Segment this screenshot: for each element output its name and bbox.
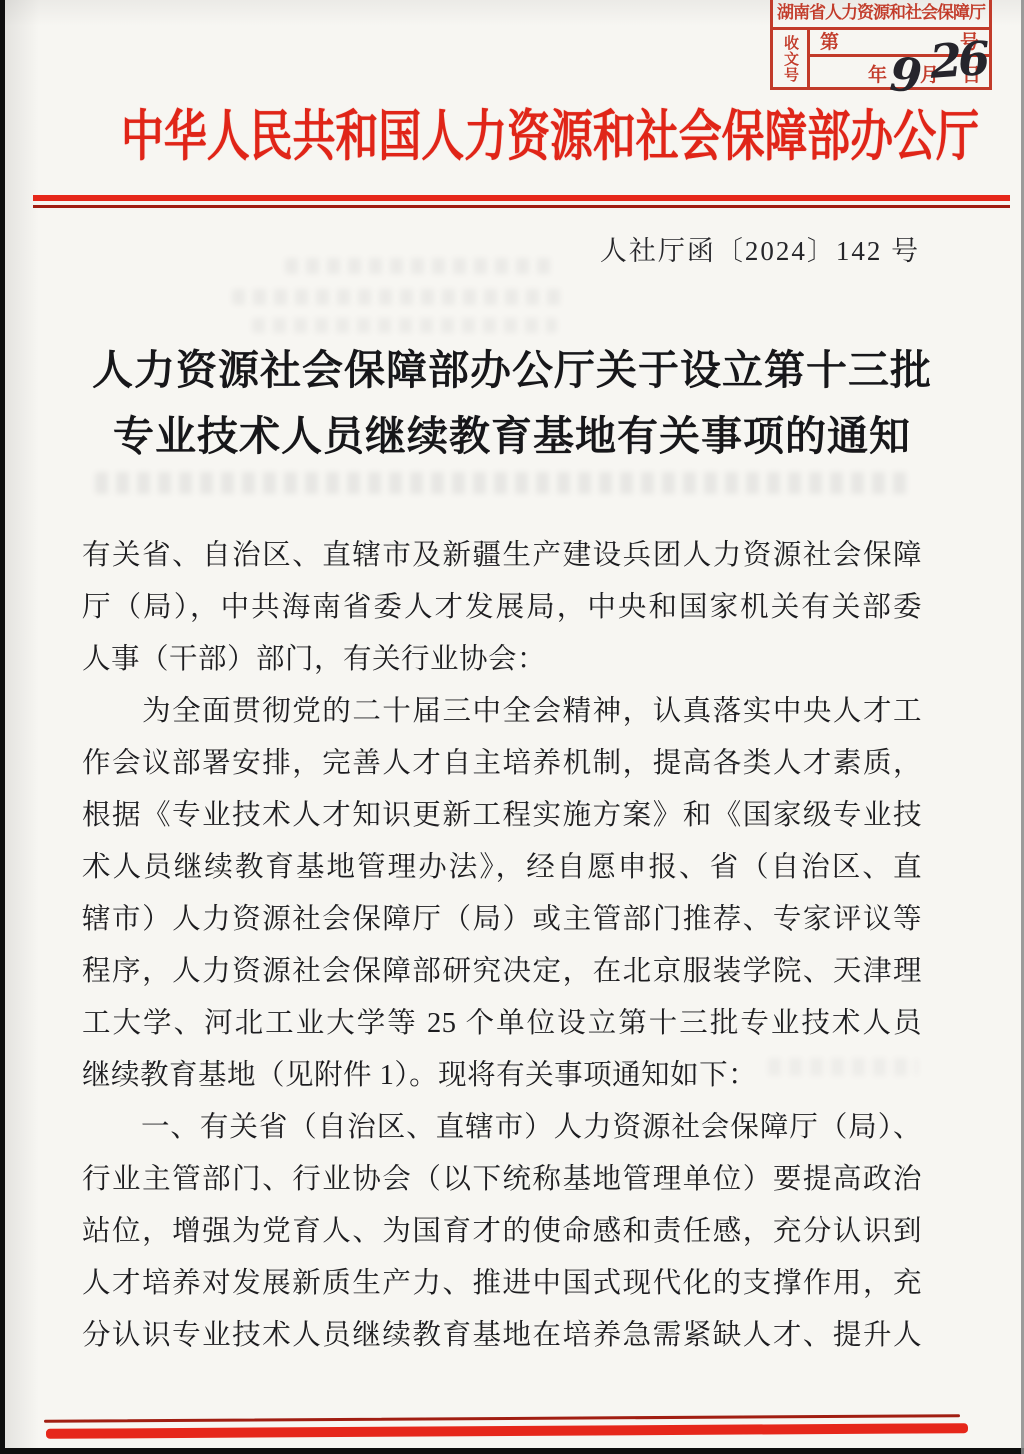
body-text-line: 为全面贯彻党的二十届三中全会精神，认真落实中央人才工	[82, 692, 922, 744]
ink-bleed-artifact	[252, 318, 557, 333]
body-text-line: 工大学、河北工业大学等 25 个单位设立第十三批专业技术人员	[82, 1004, 922, 1056]
body-text-line: 程序，人力资源社会保障部研究决定，在北京服装学院、天津理	[82, 952, 922, 1004]
body-text-line: 一、有关省（自治区、直辖市）人力资源社会保障厅（局）、	[82, 1108, 922, 1160]
notice-title-line2: 专业技术人员继续教育基地有关事项的通知	[0, 403, 1024, 462]
ink-bleed-artifact	[285, 258, 553, 274]
scan-edge-bottom	[0, 1448, 1024, 1454]
ink-bleed-artifact	[232, 289, 562, 305]
scanned-official-document-page: 湖南省人力资源和社会保障厅 收文号 第 号 年 月 日 9 26 中	[0, 0, 1024, 1454]
body-text-line: 厅（局），中共海南省委人才发展局，中央和国家机关有关部委	[82, 588, 922, 640]
body-text-line: 行业主管部门、行业协会（以下统称基地管理单位）要提高政治	[82, 1160, 922, 1212]
body-text-line: 术人员继续教育基地管理办法》，经自愿申报、省（自治区、直	[82, 848, 922, 900]
body-text-line: 站位，增强为党育人、为国育才的使命感和责任感，充分认识到	[82, 1212, 922, 1264]
bottom-red-line-thick	[46, 1423, 968, 1439]
stamp-no-prefix: 第	[820, 30, 839, 54]
handwritten-day: 26	[928, 31, 988, 89]
receipt-stamp: 湖南省人力资源和社会保障厅 收文号 第 号 年 月 日 9 26	[770, 0, 992, 90]
masthead-separator-line-thick	[33, 195, 1010, 201]
body-text-line: 作会议部署安排，完善人才自主培养机制，提高各类人才素质，	[82, 744, 922, 796]
stamp-grid: 收文号 第 号 年 月 日 9 26	[773, 30, 989, 87]
bottom-red-line-thin	[44, 1414, 960, 1423]
stamp-org-name: 湖南省人力资源和社会保障厅	[773, 0, 989, 30]
ink-bleed-artifact	[95, 472, 913, 494]
doc-number: 人社厅函〔2024〕142 号	[545, 229, 975, 268]
body-text-line: 人才培养对发展新质生产力、推进中国式现代化的支撑作用，充	[82, 1264, 922, 1316]
body-text-line: 人事（干部）部门，有关行业协会：	[82, 640, 922, 692]
body-text: 有关省、自治区、直辖市及新疆生产建设兵团人力资源社会保障厅（局），中共海南省委人…	[82, 536, 922, 1368]
stamp-field-label: 收文号	[775, 35, 805, 83]
stamp-date-row: 年 月 日 9 26	[810, 57, 989, 87]
body-text-line: 继续教育基地（见附件 1）。现将有关事项通知如下：	[82, 1056, 922, 1108]
scan-edge-left	[0, 0, 5, 1454]
masthead-title: 中华人民共和国人力资源和社会保障部办公厅	[0, 98, 1024, 190]
body-text-line: 分认识专业技术人员继续教育基地在培养急需紧缺人才、提升人	[82, 1316, 922, 1368]
body-text-line: 根据《专业技术人才知识更新工程实施方案》和《国家级专业技	[82, 796, 922, 848]
body-text-line: 有关省、自治区、直辖市及新疆生产建设兵团人力资源社会保障	[82, 536, 922, 588]
stamp-field-cell: 收文号	[773, 30, 810, 87]
handwritten-month: 9	[888, 47, 924, 103]
scan-shading-left	[5, 0, 39, 1454]
stamp-year-char: 年	[868, 60, 887, 87]
masthead-separator-line-thin	[33, 205, 1010, 208]
body-text-line: 辖市）人力资源社会保障厅（局）或主管部门推荐、专家评议等	[82, 900, 922, 952]
notice-title-line1: 人力资源社会保障部办公厅关于设立第十三批	[0, 337, 1024, 396]
